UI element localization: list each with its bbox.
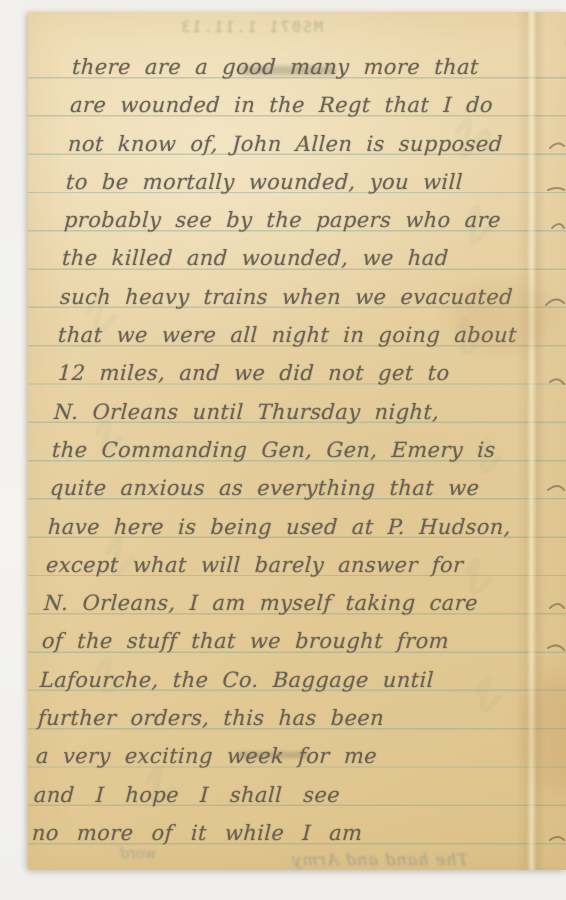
letter-line: the Commanding Gen, Gen, Emery is	[51, 431, 561, 469]
letter-line: probably see by the papers who are	[63, 201, 566, 239]
letter-line: no more of it while I am	[31, 814, 541, 852]
archival-number-bleedthrough: MS071 1.11.13	[163, 18, 323, 36]
letter-line: Lafourche, the Co. Baggage until	[39, 661, 549, 699]
letter-page: MS071 1.11.13 there are a good many more…	[28, 12, 566, 870]
graphite-smudge	[238, 752, 308, 758]
letter-line: the killed and wounded, we had	[61, 239, 566, 277]
letter-line: further orders, this has been	[37, 699, 547, 737]
letter-line: such heavy trains when we evacuated	[59, 278, 566, 316]
letter-line: have here is being used at P. Hudson,	[47, 508, 557, 546]
letter-line: and I hope I shall see	[33, 776, 543, 814]
letter-line: are wounded in the Regt that I do	[69, 86, 566, 124]
graphite-smudge	[240, 66, 336, 75]
letter-line: except what will barely answer for	[45, 546, 555, 584]
letter-line: to be mortally wounded, you will	[65, 163, 566, 201]
letter-line: N. Orleans until Thursday night,	[53, 393, 563, 431]
letter-line: of the stuff that we brought from	[41, 622, 551, 660]
letter-line: that we were all night in going about	[57, 316, 566, 354]
letter-line: 12 miles, and we did not get to	[55, 354, 565, 392]
scan-background: MS071 1.11.13 there are a good many more…	[0, 0, 566, 900]
letter-line: quite anxious as everything that we	[49, 469, 559, 507]
letter-line: not know of, John Allen is supposed	[67, 125, 566, 163]
handwriting-block: there are a good many more that are woun…	[31, 48, 566, 852]
bottom-bleedthrough-text: The hand and Army	[188, 850, 468, 869]
letter-line: N. Orleans, I am myself taking care	[43, 584, 553, 622]
